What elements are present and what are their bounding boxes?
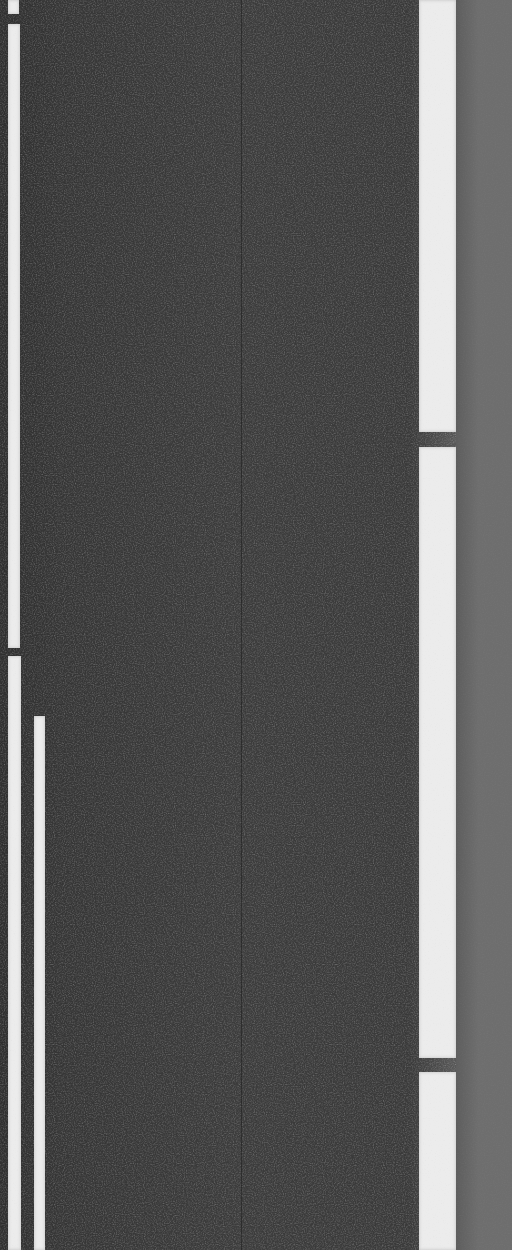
pavement-seam <box>241 0 242 1250</box>
road-scene <box>0 0 512 1250</box>
left-edge-line-segment <box>8 656 21 1250</box>
right-lane-dash <box>419 0 456 432</box>
left-inner-line <box>34 716 45 1250</box>
right-lane-dash <box>419 447 456 1058</box>
right-lane-dash <box>419 1072 456 1250</box>
road-shoulder <box>456 0 512 1250</box>
left-edge-line-segment <box>8 0 19 14</box>
left-edge-line-segment <box>8 24 20 648</box>
